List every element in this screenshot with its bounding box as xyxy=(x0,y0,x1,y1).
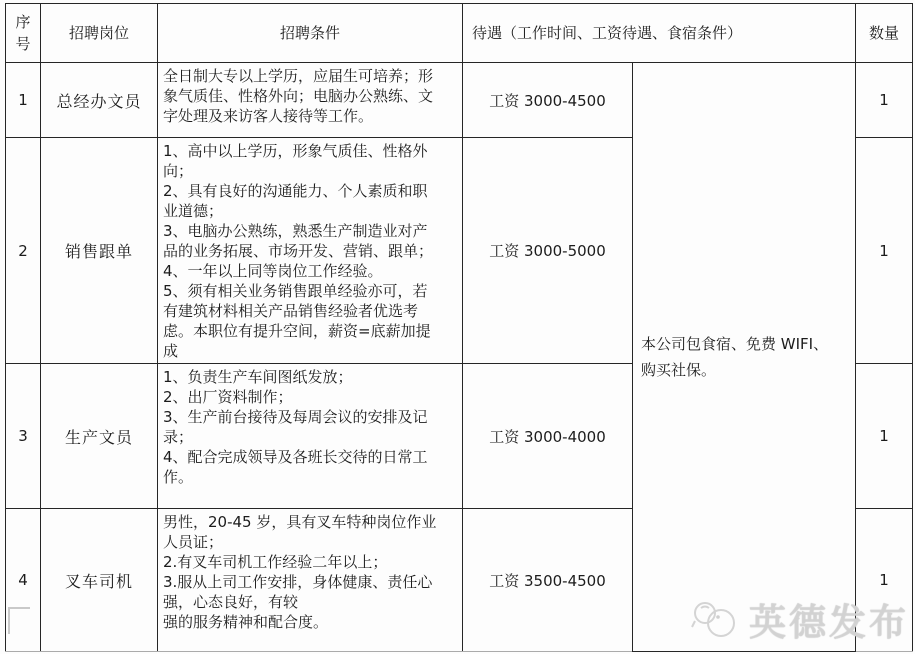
row-salary: 工资 3000-4500 xyxy=(463,63,633,138)
row-salary: 工资 3500-4500 xyxy=(463,509,633,652)
row-conditions: 男性，20-45 岁，具有叉车特种岗位作业 人员证； 2.有叉车司机工作经验二年… xyxy=(158,509,463,652)
table-header-row: 序 号 招聘岗位 招聘条件 待遇（工作时间、工资待遇、食宿条件） 数量 xyxy=(6,4,913,63)
row-position: 生产文员 xyxy=(41,364,158,509)
row-position: 总经办文员 xyxy=(41,63,158,138)
row-quantity: 1 xyxy=(856,509,913,652)
row-salary: 工资 3000-4000 xyxy=(463,364,633,509)
row-quantity: 1 xyxy=(856,364,913,509)
recruitment-table: 序 号 招聘岗位 招聘条件 待遇（工作时间、工资待遇、食宿条件） 数量 1 总经… xyxy=(5,3,913,652)
row-position: 销售跟单 xyxy=(41,138,158,364)
header-serial-number: 序 号 xyxy=(6,4,41,63)
row-quantity: 1 xyxy=(856,63,913,138)
recruitment-page: 序 号 招聘岗位 招聘条件 待遇（工作时间、工资待遇、食宿条件） 数量 1 总经… xyxy=(0,0,915,654)
header-treatment: 待遇（工作时间、工资待遇、食宿条件） xyxy=(463,4,856,63)
row-position: 叉车司机 xyxy=(41,509,158,652)
header-quantity: 数量 xyxy=(856,4,913,63)
row-salary: 工资 3000-5000 xyxy=(463,138,633,364)
header-position: 招聘岗位 xyxy=(41,4,158,63)
header-conditions: 招聘条件 xyxy=(158,4,463,63)
row-serial: 2 xyxy=(6,138,41,364)
treatment-note-merged-cell: 本公司包食宿、免费 WIFI、 购买社保。 xyxy=(633,63,856,652)
row-serial: 3 xyxy=(6,364,41,509)
row-serial: 1 xyxy=(6,63,41,138)
page-corner-artifact xyxy=(8,607,30,634)
row-conditions: 全日制大专以上学历，应届生可培养；形 象气质佳、性格外向；电脑办公熟练、文 字处… xyxy=(158,63,463,138)
table-row: 1 总经办文员 全日制大专以上学历，应届生可培养；形 象气质佳、性格外向；电脑办… xyxy=(6,63,913,138)
row-quantity: 1 xyxy=(856,138,913,364)
row-conditions: 1、高中以上学历，形象气质佳、性格外 向； 2、具有良好的沟通能力、个人素质和职… xyxy=(158,138,463,364)
row-conditions: 1、负责生产车间图纸发放； 2、出厂资料制作； 3、生产前台接待及每周会议的安排… xyxy=(158,364,463,509)
